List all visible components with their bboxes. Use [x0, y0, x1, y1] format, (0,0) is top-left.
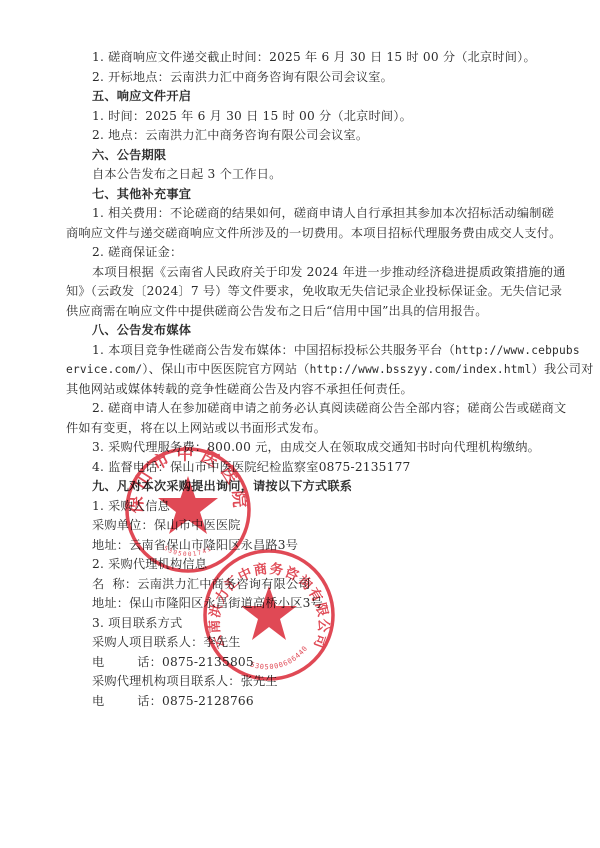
section-heading-8: 八、公告发布媒体	[92, 321, 191, 341]
purchaser-phone: 电话：0875-2135805	[92, 653, 254, 673]
media-paragraph-line2: ervice.com/）、保山市中医医院官方网站（http://www.bssz…	[66, 360, 594, 380]
agency-contact: 采购代理机构项目联系人：张先生	[92, 672, 278, 692]
purchaser-unit: 采购单位：保山市中医医院	[92, 516, 241, 536]
media-paragraph-line1: 1. 本项目竞争性磋商公告发布媒体：中国招标投标公共服务平台（http://ww…	[92, 341, 580, 361]
agency-service-fee: 3. 采购代理服务费：800.00 元，由成交人在领取成交通知书时向代理机构缴纳…	[92, 438, 540, 458]
announcement-period: 自本公告发布之日起 3 个工作日。	[92, 165, 282, 185]
document-page: 1. 磋商响应文件递交截止时间：2025 年 6 月 30 日 15 时 00 …	[0, 0, 600, 848]
section-heading-9: 九、凡对本次采购提出询问，请按以下方式联系	[92, 477, 352, 497]
purchaser-phone-number: 0875-2135805	[162, 655, 254, 669]
section-heading-5: 五、响应文件开启	[92, 87, 191, 107]
media-text: ）我公司对	[532, 362, 594, 376]
media-text: ）、保山市中医医院官方网站（	[142, 362, 309, 376]
media-paragraph-line3: 其他网站或媒体转载的竞争性磋商公告及内容不承担任何责任。	[66, 380, 413, 400]
deposit-paragraph-line3: 供应商需在响应文件中提供磋商公告发布之日后“信用中国”出具的信用报告。	[66, 302, 488, 322]
purchaser-info-title: 1. 采购人信息	[92, 497, 170, 517]
agency-phone: 电话：0875-2128766	[92, 692, 254, 712]
notice-paragraph-line2: 件如有变更，将在以上网站或以书面形式发布。	[66, 419, 326, 439]
hospital-website-link[interactable]: http://www.bsszyy.com/index.html	[310, 363, 532, 376]
contact-info-title: 3. 项目联系方式	[92, 614, 182, 634]
agency-name: 名 称：云南洪力汇中商务咨询有限公司	[92, 575, 311, 595]
phone-label: 电话：	[92, 653, 162, 673]
agency-address: 地址：保山市隆阳区永昌街道高桥小区3号	[92, 594, 323, 614]
bid-opening-location: 2. 开标地点：云南洪力汇中商务咨询有限公司会议室。	[92, 68, 393, 88]
fee-paragraph-line2: 商响应文件与递交磋商响应文件所涉及的一切费用。本项目招标代理服务费由成交人支付。	[66, 224, 562, 244]
supervision-phone: 4. 监督电话：保山市中医医院纪检监察室0875-2135177	[92, 458, 411, 478]
notice-paragraph-line1: 2. 磋商申请人在参加磋商申请之前务必认真阅读磋商公告全部内容；磋商公告或磋商文	[92, 399, 566, 419]
submission-deadline: 1. 磋商响应文件递交截止时间：2025 年 6 月 30 日 15 时 00 …	[92, 48, 536, 68]
deposit-paragraph-line2: 知》（云政发〔2024〕7 号）等文件要求，免收取无失信记录企业投标保证金。无失…	[66, 282, 562, 302]
cebpubservice-link[interactable]: http://www.cebpubs	[455, 344, 580, 357]
purchaser-address: 地址：云南省保山市隆阳区永昌路3号	[92, 536, 298, 556]
cebpubservice-link-cont[interactable]: ervice.com/	[66, 363, 142, 376]
agency-phone-number: 0875-2128766	[162, 694, 254, 708]
svg-text:5305000606440: 5305000606440	[249, 644, 309, 671]
section-heading-7: 七、其他补充事宜	[92, 185, 191, 205]
deposit-paragraph-line1: 本项目根据《云南省人民政府关于印发 2024 年进一步推动经济稳进提质政策措施的…	[92, 263, 566, 283]
purchaser-contact: 采购人项目联系人：李先生	[92, 633, 241, 653]
section-heading-6: 六、公告期限	[92, 146, 166, 166]
phone-label: 电话：	[92, 692, 162, 712]
opening-time: 1. 时间：2025 年 6 月 30 日 15 时 00 分（北京时间）。	[92, 107, 412, 127]
media-text: 1. 本项目竞争性磋商公告发布媒体：中国招标投标公共服务平台（	[92, 343, 455, 357]
opening-location: 2. 地点：云南洪力汇中商务咨询有限公司会议室。	[92, 126, 368, 146]
agency-info-title: 2. 采购代理机构信息	[92, 555, 207, 575]
deposit-title: 2. 磋商保证金：	[92, 243, 182, 263]
fee-paragraph-line1: 1. 相关费用：不论磋商的结果如何，磋商申请人自行承担其参加本次招标活动编制磋	[92, 204, 554, 224]
